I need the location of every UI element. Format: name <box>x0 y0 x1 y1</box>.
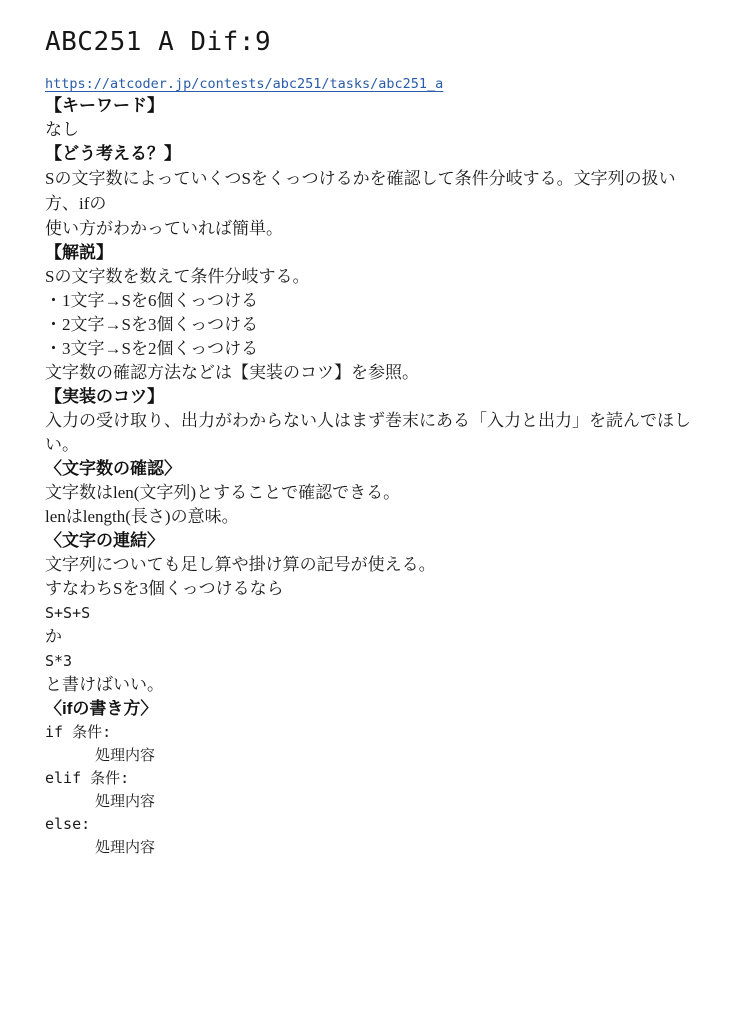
section-explanation-note: 文字数の確認方法などは【実装のコツ】を参照。 <box>45 361 702 385</box>
section-keyword: 【キーワード】 なし <box>45 94 702 142</box>
problem-link[interactable]: https://atcoder.jp/contests/abc251/tasks… <box>45 74 443 94</box>
page-title: ABC251 A Dif:9 <box>45 24 702 60</box>
bullet-item: ・3文字→Sを2個くっつける <box>45 337 702 361</box>
section-concat-line: 文字列についても足し算や掛け算の記号が使える。 <box>45 553 702 577</box>
code-line: if 条件: <box>45 721 702 744</box>
code-line: S+S+S <box>45 601 702 625</box>
code-line: 処理内容 <box>45 790 702 813</box>
section-concat-line: と書けばいい。 <box>45 673 702 697</box>
code-line: else: <box>45 813 702 836</box>
document-page: ABC251 A Dif:9 https://atcoder.jp/contes… <box>0 0 747 1024</box>
bullet-item: ・1文字→Sを6個くっつける <box>45 289 702 313</box>
section-concat-line: すなわちSを3個くっつけるなら <box>45 577 702 601</box>
section-concat-heading: 〈文字の連結〉 <box>45 529 702 553</box>
section-char-count-line: 文字数はlen(文字列)とすることで確認できる。 <box>45 481 702 505</box>
section-impl-tips-body: 入力の受け取り、出力がわからない人はまず巻末にある「入力と出力」を読んでほしい。 <box>45 409 702 457</box>
section-explanation-intro: Sの文字数を数えて条件分岐する。 <box>45 265 702 289</box>
section-approach-heading: 【どう考える？】 <box>45 142 702 166</box>
section-approach: 【どう考える？】 Sの文字数によっていくつSをくっつけるかを確認して条件分岐する… <box>45 142 702 241</box>
section-explanation-heading: 【解説】 <box>45 241 702 265</box>
section-concat: 〈文字の連結〉 文字列についても足し算や掛け算の記号が使える。 すなわちSを3個… <box>45 529 702 697</box>
section-approach-line: Sの文字数によっていくつSをくっつけるかを確認して条件分岐する。文字列の扱い方、… <box>45 166 702 216</box>
code-line: elif 条件: <box>45 767 702 790</box>
section-keyword-heading: 【キーワード】 <box>45 94 702 118</box>
bullet-item: ・2文字→Sを3個くっつける <box>45 313 702 337</box>
section-keyword-body: なし <box>45 118 702 142</box>
section-impl-tips-heading: 【実装のコツ】 <box>45 385 702 409</box>
section-char-count: 〈文字数の確認〉 文字数はlen(文字列)とすることで確認できる。 lenはle… <box>45 457 702 529</box>
code-line: S*3 <box>45 649 702 673</box>
section-concat-line: か <box>45 625 702 649</box>
section-impl-tips: 【実装のコツ】 入力の受け取り、出力がわからない人はまず巻末にある「入力と出力」… <box>45 385 702 457</box>
section-char-count-line: lenはlength(長さ)の意味。 <box>45 505 702 529</box>
code-line: 処理内容 <box>45 744 702 767</box>
section-char-count-heading: 〈文字数の確認〉 <box>45 457 702 481</box>
section-explanation: 【解説】 Sの文字数を数えて条件分岐する。 ・1文字→Sを6個くっつける ・2文… <box>45 241 702 385</box>
section-if-syntax-heading: 〈ifの書き方〉 <box>45 697 702 721</box>
section-approach-line: 使い方がわかっていれば簡単。 <box>45 216 702 241</box>
section-if-syntax: 〈ifの書き方〉 if 条件: 処理内容 elif 条件: 処理内容 else:… <box>45 697 702 859</box>
code-line: 処理内容 <box>45 836 702 859</box>
